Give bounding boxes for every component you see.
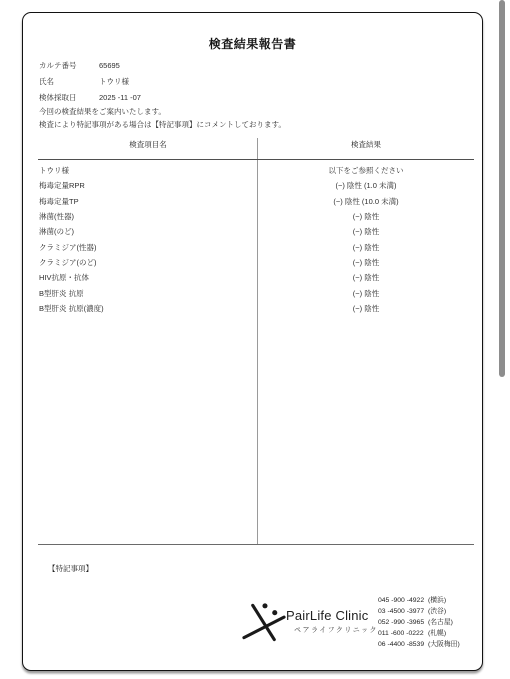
info-label: カルテ番号 (39, 60, 99, 71)
test-result: (−) 陰性 (10.0 未満) (258, 196, 474, 207)
test-item-name: 梅毒定量RPR (38, 180, 258, 191)
intro-line: 今回の検査結果をご案内いたします。 (39, 105, 286, 118)
intro-text: 今回の検査結果をご案内いたします。検査により特記事項がある場合は【特記事項】にコ… (39, 105, 286, 131)
test-result: (−) 陰性 (1.0 未満) (258, 180, 474, 191)
test-item-name: 梅毒定量TP (38, 196, 258, 207)
scrollbar-thumb[interactable] (499, 0, 505, 377)
phone-row: 045 -900 -4922 (横浜) (378, 595, 460, 606)
table-row: HIV抗原・抗体 (−) 陰性 (38, 270, 474, 285)
column-header-item: 検査項目名 (38, 139, 258, 150)
table-row: 梅毒定量TP (−) 陰性 (10.0 未満) (38, 194, 474, 209)
test-item-name: B型肝炎 抗原 (38, 288, 258, 299)
test-result: (−) 陰性 (258, 226, 474, 237)
test-result: 以下をご参照ください (258, 165, 474, 176)
table-row: クラミジア(のど) (−) 陰性 (38, 255, 474, 270)
phone-number: 011 -600 -0222 (378, 628, 428, 639)
clinic-name-ja: ペアライフクリニック (294, 625, 378, 635)
test-item-name: B型肝炎 抗原(濃度) (38, 303, 258, 314)
table-row: クラミジア(性器) (−) 陰性 (38, 239, 474, 254)
phone-row: 011 -600 -0222 (札幌) (378, 628, 460, 639)
intro-line: 検査により特記事項がある場合は【特記事項】にコメントしております。 (39, 118, 286, 131)
info-value: トウリ様 (99, 76, 129, 87)
table-header-rule (38, 159, 474, 160)
patient-info-row: 氏名 トウリ様 (39, 73, 141, 89)
test-item-name: トウリ様 (38, 165, 258, 176)
info-label: 氏名 (39, 76, 99, 87)
info-label: 検体採取日 (39, 92, 99, 103)
table-row: 淋菌(性器) (−) 陰性 (38, 209, 474, 224)
info-value: 65695 (99, 61, 120, 70)
test-item-name: 淋菌(性器) (38, 211, 258, 222)
phone-row: 03 -4500 -3977 (渋谷) (378, 606, 460, 617)
test-result: (−) 陰性 (258, 288, 474, 299)
column-header-result: 検査結果 (258, 139, 474, 150)
clinic-name-en: PairLife Clinic (286, 608, 368, 623)
test-item-name: 淋菌(のど) (38, 226, 258, 237)
table-row: B型肝炎 抗原(濃度) (−) 陰性 (38, 301, 474, 316)
table-header: 検査項目名 検査結果 (38, 139, 474, 150)
table-row: トウリ様 以下をご参照ください (38, 163, 474, 178)
test-result: (−) 陰性 (258, 242, 474, 253)
phone-location: (横浜) (428, 595, 446, 606)
phone-number: 03 -4500 -3977 (378, 606, 428, 617)
result-table: トウリ様 以下をご参照ください 梅毒定量RPR (−) 陰性 (1.0 未満) … (38, 163, 474, 316)
patient-info-row: 検体採取日 2025 -11 -07 (39, 89, 141, 105)
report-title: 検査結果報告書 (23, 35, 482, 52)
phone-row: 06 -4400 -8539 (大阪梅田) (378, 639, 460, 650)
phone-location: (札幌) (428, 628, 446, 639)
table-row: B型肝炎 抗原 (−) 陰性 (38, 285, 474, 300)
phone-number: 052 -990 -3965 (378, 617, 428, 628)
document-viewer-page: 検査結果報告書 カルテ番号 65695 氏名 トウリ様 検体採取日 2025 -… (0, 0, 510, 679)
phone-location: (大阪梅田) (428, 639, 460, 650)
phone-number: 06 -4400 -8539 (378, 639, 428, 650)
table-bottom-rule (38, 544, 474, 545)
clinic-phone-list: 045 -900 -4922 (横浜) 03 -4500 -3977 (渋谷) … (378, 595, 460, 650)
test-item-name: クラミジア(性器) (38, 242, 258, 253)
phone-number: 045 -900 -4922 (378, 595, 428, 606)
phone-row: 052 -990 -3965 (名古屋) (378, 617, 460, 628)
phone-location: (渋谷) (428, 606, 446, 617)
phone-location: (名古屋) (428, 617, 453, 628)
report-card: 検査結果報告書 カルテ番号 65695 氏名 トウリ様 検体採取日 2025 -… (22, 12, 483, 671)
table-row: 淋菌(のど) (−) 陰性 (38, 224, 474, 239)
test-result: (−) 陰性 (258, 303, 474, 314)
info-value: 2025 -11 -07 (99, 93, 141, 102)
test-result: (−) 陰性 (258, 257, 474, 268)
special-notes-label: 【特記事項】 (48, 563, 93, 574)
test-item-name: クラミジア(のど) (38, 257, 258, 268)
table-row: 梅毒定量RPR (−) 陰性 (1.0 未満) (38, 178, 474, 193)
test-result: (−) 陰性 (258, 272, 474, 283)
patient-info: カルテ番号 65695 氏名 トウリ様 検体採取日 2025 -11 -07 (39, 57, 141, 105)
test-result: (−) 陰性 (258, 211, 474, 222)
test-item-name: HIV抗原・抗体 (38, 272, 258, 283)
pairlife-logo-icon (242, 599, 286, 645)
patient-info-row: カルテ番号 65695 (39, 57, 141, 73)
